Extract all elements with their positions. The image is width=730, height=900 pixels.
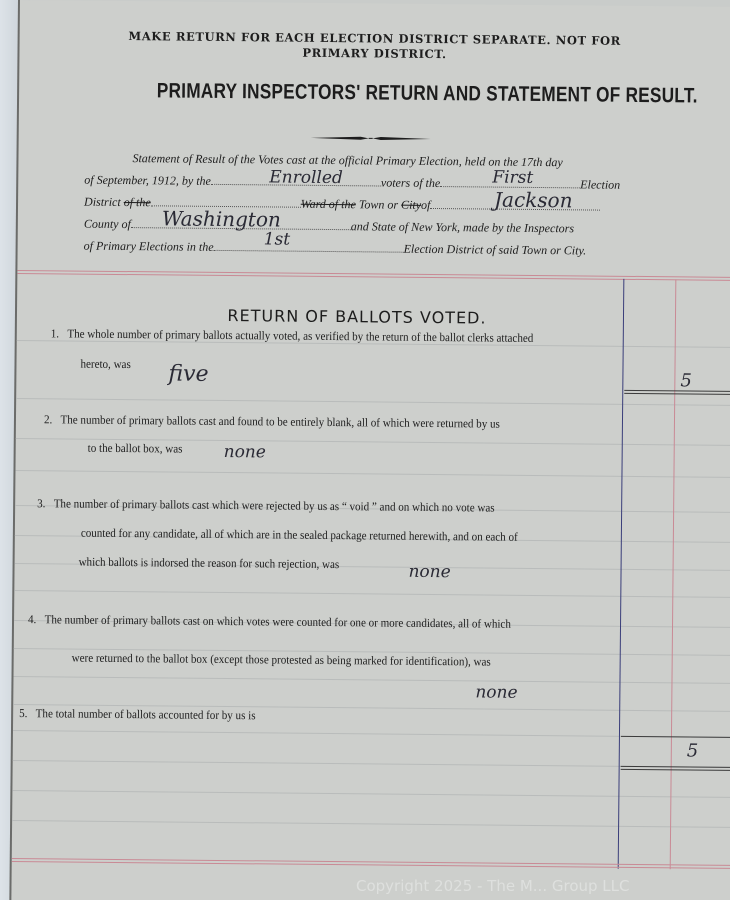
statement-text: Town or [359, 197, 398, 211]
copyright-watermark: Copyright 2025 - The M... Group LLC [356, 877, 630, 895]
ballot-item-2-cont: to the ballot box, was [88, 441, 183, 457]
handwritten-1st: 1st [264, 228, 291, 250]
ballot-item-5: 5.The total number of ballots accounted … [19, 706, 256, 723]
item-number: 4. [28, 612, 45, 627]
handwritten-jackson: Jackson [494, 189, 573, 212]
handwritten-washington: Washington [162, 207, 281, 230]
statement-block: Statement of Result of the Votes cast at… [84, 147, 645, 262]
statement-text: and State of New York, made by the Inspe… [351, 219, 574, 235]
ruled-line [14, 590, 730, 598]
struck-text: of the [124, 195, 151, 209]
statement-text: District [84, 195, 121, 209]
handwritten-first: First [492, 167, 533, 189]
struck-text: City [401, 198, 421, 212]
handwritten-none: none [408, 562, 450, 582]
form-title: PRIMARY INSPECTORS' RETURN AND STATEMENT… [157, 79, 592, 107]
ruled-line [15, 470, 730, 478]
item-text: which ballots is indorsed the reason for… [79, 555, 340, 572]
statement-text: of Primary Elections in the [84, 239, 214, 254]
statement-text: Election [580, 177, 620, 191]
item-1-amount: 5 [680, 370, 692, 391]
handwritten-none: none [224, 442, 266, 462]
statement-text: Election District of said Town or City. [404, 242, 587, 258]
ballot-item-3: 3.The number of primary ballots cast whi… [37, 496, 495, 515]
amount-column-cents-rule [670, 279, 677, 869]
statement-text: County of [84, 217, 131, 231]
ballot-item-2: 2.The number of primary ballots cast and… [44, 412, 500, 431]
item-number: 1. [51, 326, 68, 341]
ruled-line [12, 790, 730, 798]
handwritten-none: none [475, 682, 517, 702]
ornament-divider-icon [311, 135, 431, 142]
ballot-item-1-cont: hereto, was [80, 357, 130, 372]
total-amount: 5 [687, 740, 699, 761]
ballot-item-1: 1.The whole number of primary ballots ac… [51, 326, 534, 346]
ballot-item-4-cont: were returned to the ballot box (except … [72, 651, 491, 670]
total-top-rule [621, 736, 730, 740]
item-text: The whole number of primary ballots actu… [67, 326, 533, 344]
total-double-rule [621, 766, 730, 771]
section-title: RETURN OF BALLOTS VOTED. [177, 306, 537, 328]
item-text: counted for any candidate, all of which … [81, 526, 518, 544]
statement-text: voters of the [381, 175, 440, 190]
handwritten-five: five [168, 361, 208, 386]
item-number: 2. [44, 412, 61, 427]
item-number: 5. [19, 706, 36, 721]
item-text: hereto, was [80, 357, 130, 371]
item-text: The number of primary ballots cast and f… [60, 412, 499, 430]
item-number: 3. [37, 496, 54, 511]
ballot-item-3-cont: counted for any candidate, all of which … [81, 526, 518, 545]
ballot-item-4: 4.The number of primary ballots cast on … [28, 612, 511, 632]
amount-column-left-rule [618, 279, 625, 869]
item-text: to the ballot box, was [88, 441, 183, 456]
item-text: The number of primary ballots cast on wh… [45, 612, 511, 630]
ruled-line [12, 820, 730, 828]
item-text: were returned to the ballot box (except … [72, 651, 491, 669]
statement-text: of September, 1912, by the [84, 173, 211, 188]
statement-text: of [421, 198, 430, 212]
bottom-red-rule [12, 858, 730, 869]
election-district-field[interactable] [214, 238, 404, 253]
item-text: The total number of ballots accounted fo… [36, 706, 256, 722]
struck-text: Ward of the [301, 197, 356, 212]
ballot-item-3-cont2: which ballots is indorsed the reason for… [79, 555, 340, 573]
double-rule [624, 390, 730, 395]
form-page: MAKE RETURN FOR EACH ELECTION DISTRICT S… [9, 0, 730, 900]
ruled-line [14, 676, 730, 684]
item-text: The number of primary ballots cast which… [54, 496, 495, 514]
handwritten-enrolled: Enrolled [269, 166, 343, 189]
header-notice: MAKE RETURN FOR EACH ELECTION DISTRICT S… [109, 29, 639, 64]
